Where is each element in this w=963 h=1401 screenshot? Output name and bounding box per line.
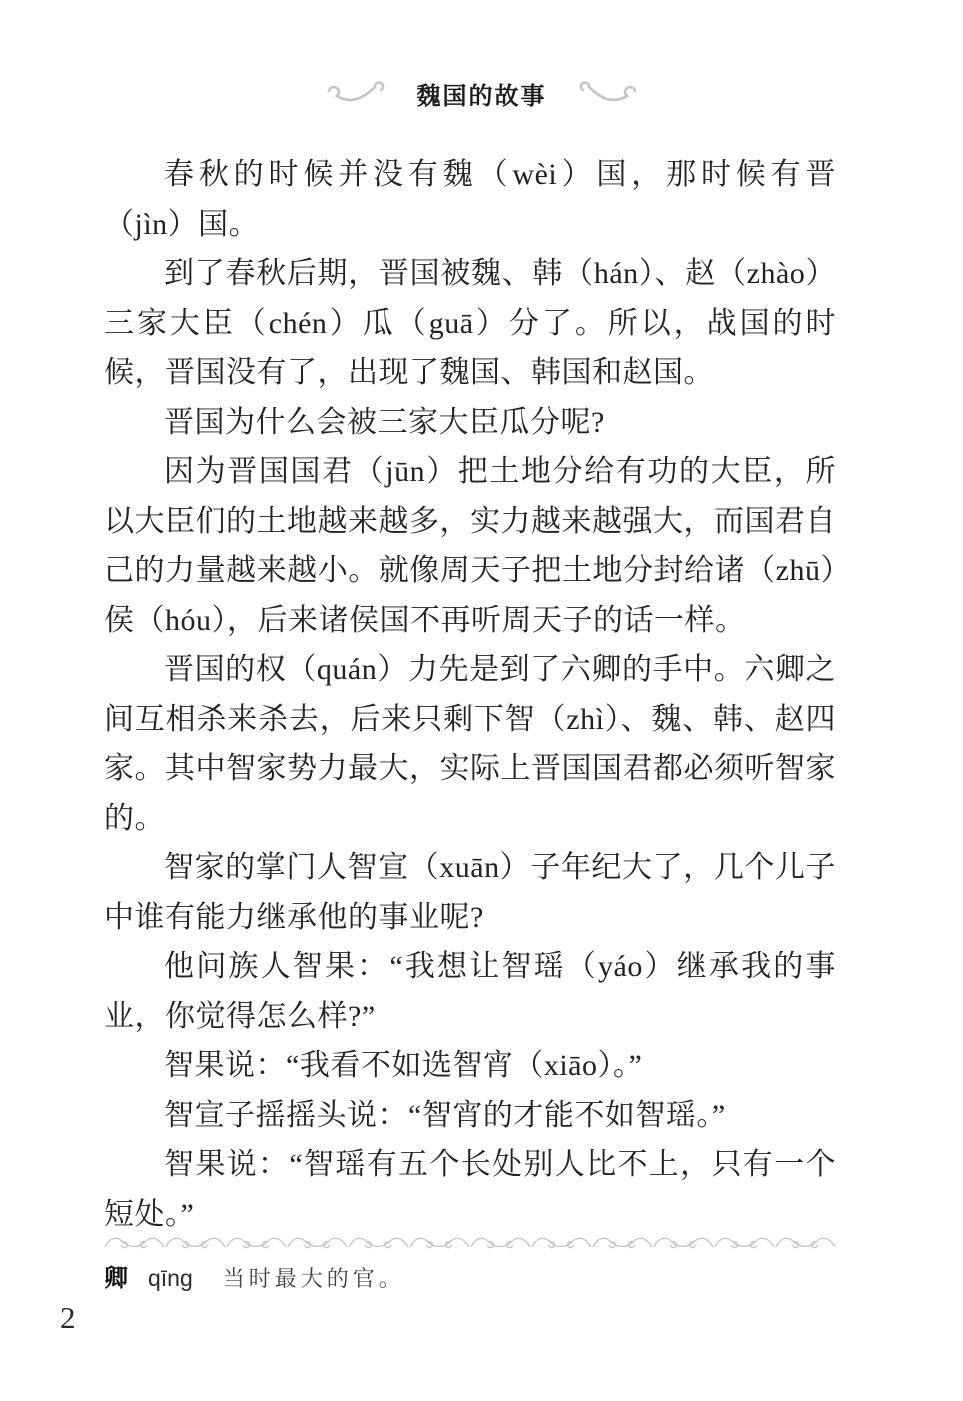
paragraph: 智果说：“我看不如选智宵（xiāo）。” <box>104 1041 836 1091</box>
paragraph: 智宣子摇摇头说：“智宵的才能不如智瑶。” <box>104 1091 836 1141</box>
book-page: 魏国的故事 春秋的时候并没有魏（wèi）国，那时候有晋（jìn）国。 到了春秋后… <box>0 0 963 1401</box>
paragraph: 晋国的权（quán）力先是到了六卿的手中。六卿之间互相杀来杀去，后来只剩下智（z… <box>104 645 836 843</box>
header-left-flourish-icon <box>325 78 387 108</box>
paragraph: 春秋的时候并没有魏（wèi）国，那时候有晋（jìn）国。 <box>104 150 836 249</box>
paragraph: 智家的掌门人智宣（xuān）子年纪大了，几个儿子中谁有能力继承他的事业呢? <box>104 843 836 942</box>
header-right-flourish-icon <box>577 78 639 108</box>
paragraph: 到了春秋后期，晋国被魏、韩（hán）、赵（zhào）三家大臣（chén）瓜（gu… <box>104 249 836 398</box>
chapter-title: 魏国的故事 <box>417 76 547 111</box>
page-number: 2 <box>60 1300 76 1336</box>
chapter-header: 魏国的故事 <box>0 76 963 110</box>
footnote-pinyin: qīng <box>148 1265 193 1292</box>
footnote-divider-chain-icon <box>104 1234 836 1252</box>
paragraph: 因为晋国国君（jūn）把土地分给有功的大臣，所以大臣们的土地越来越多，实力越来越… <box>104 447 836 645</box>
footnote-term: 卿 <box>104 1258 128 1293</box>
paragraph: 晋国为什么会被三家大臣瓜分呢? <box>104 398 836 448</box>
story-text: 春秋的时候并没有魏（wèi）国，那时候有晋（jìn）国。 到了春秋后期，晋国被魏… <box>104 150 836 1239</box>
paragraph: 智果说：“智瑶有五个长处别人比不上，只有一个短处。” <box>104 1140 836 1239</box>
footnote: 卿 qīng 当时最大的官。 <box>104 1258 405 1293</box>
footnote-definition: 当时最大的官。 <box>223 1262 405 1293</box>
paragraph: 他问族人智果：“我想让智瑶（yáo）继承我的事业，你觉得怎么样?” <box>104 942 836 1041</box>
